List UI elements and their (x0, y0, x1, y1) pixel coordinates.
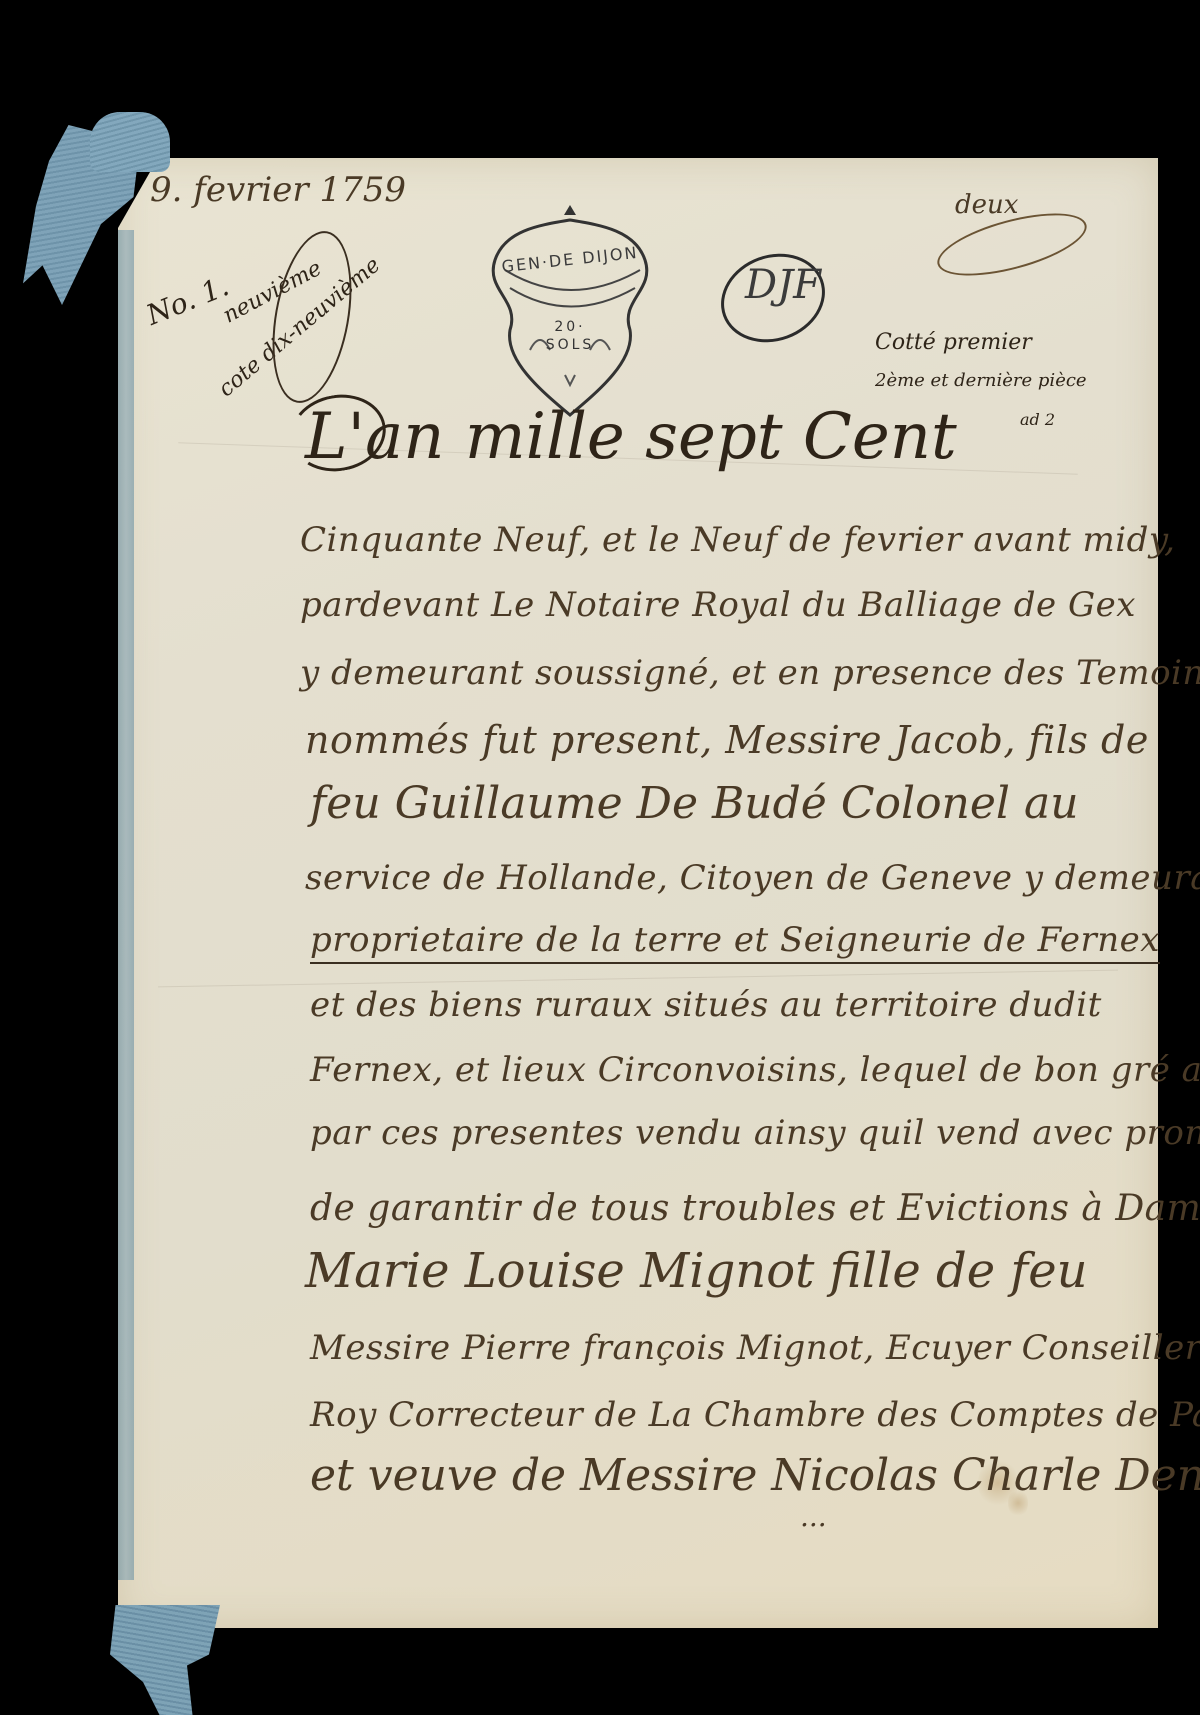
ribbon-binding (118, 230, 134, 1580)
body-line-11: par ces presentes vendu ainsy quil vend … (310, 1113, 1200, 1153)
ribbon-tie-bottom (110, 1605, 220, 1715)
seal-monogram: DJF (745, 262, 821, 308)
date-header: 9. fevrier 1759 (150, 170, 406, 210)
body-line-6: feu Guillaume De Budé Colonel au (310, 778, 1079, 829)
margin-note-right: Cotté premier (875, 330, 1032, 355)
body-line-5: nommés fut present, Messire Jacob, fils … (305, 718, 1149, 762)
stamp-cartouche-icon (480, 200, 660, 420)
body-line-12: de garantir de tous troubles et Eviction… (310, 1188, 1200, 1229)
body-line-7: service de Hollande, Citoyen de Geneve y… (305, 858, 1200, 898)
margin-note-right: ad 2 (1020, 410, 1055, 429)
body-line-15: Roy Correcteur de La Chambre des Comptes… (310, 1395, 1200, 1435)
body-line-10: Fernex, et lieux Circonvoisins, lequel d… (310, 1050, 1200, 1090)
body-line-8: proprietaire de la terre et Seigneurie d… (310, 920, 1160, 964)
body-line-14: Messire Pierre françois Mignot, Ecuyer C… (310, 1328, 1200, 1368)
stamp-value-unit: SOLS (480, 336, 660, 354)
stamp-value-number: 20· (480, 318, 660, 336)
body-line-1: L'an mille sept Cent (305, 400, 957, 474)
body-line-2: Cinquante Neuf, et le Neuf de fevrier av… (300, 520, 1175, 560)
body-line-4: y demeurant soussigné, et en presence de… (300, 653, 1200, 693)
margin-note-right: 2ème et dernière pièce (875, 370, 1087, 391)
body-line-9: et des biens ruraux situés au territoire… (310, 985, 1102, 1025)
body-line-3: pardevant Le Notaire Royal du Balliage d… (300, 585, 1136, 625)
body-line-13: Marie Louise Mignot fille de feu (305, 1243, 1088, 1299)
ribbon-knot (90, 112, 170, 172)
stamp-value: 20· SOLS (480, 318, 660, 354)
margin-note-top-right: deux (955, 190, 1018, 220)
body-line-16: et veuve de Messire Nicolas Charle Denis (310, 1450, 1200, 1501)
continuation-mark: ... (800, 1500, 827, 1533)
tax-stamp: GEN·DE DIJON 20· SOLS (480, 200, 660, 420)
